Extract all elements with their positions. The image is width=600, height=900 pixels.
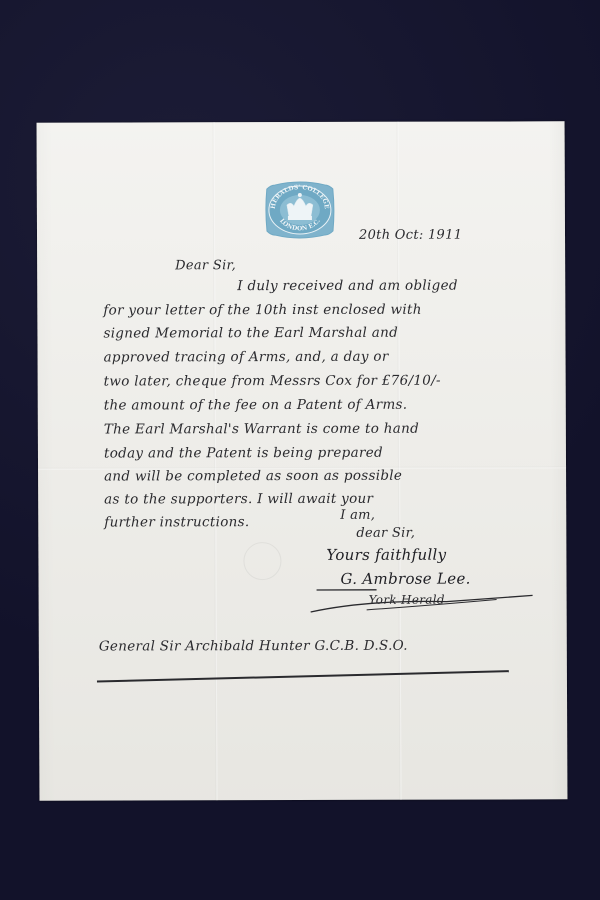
body-line: the amount of the fee on a Patent of Arm…	[104, 397, 408, 414]
body-line: The Earl Marshal's Warrant is come to ha…	[104, 421, 419, 438]
salutation: Dear Sir,	[175, 258, 236, 273]
closing-i-am: I am,	[340, 508, 375, 523]
body-line: as to the supporters. I will await your	[104, 491, 373, 508]
letter-date: 20th Oct: 1911	[359, 228, 462, 243]
body-line: further instructions.	[104, 514, 249, 530]
body-line: two later, cheque from Messrs Cox for £7…	[104, 373, 441, 390]
signature-flourish	[307, 579, 537, 620]
closing-yours-faithfully: Yours faithfully	[326, 546, 446, 564]
body-line: signed Memorial to the Earl Marshal and	[103, 325, 398, 342]
crown-icon: HERALDS' COLLEGE LONDON E.C.	[261, 179, 339, 241]
body-line: I duly received and am obliged	[237, 278, 458, 295]
heralds-college-seal: HERALDS' COLLEGE LONDON E.C.	[261, 179, 339, 241]
body-line: today and the Patent is being prepared	[104, 445, 383, 462]
addressee-underline	[97, 670, 509, 682]
fold-line-vertical	[397, 122, 402, 800]
body-line: for your letter of the 10th inst enclose…	[103, 302, 421, 319]
addressee: General Sir Archibald Hunter G.C.B. D.S.…	[99, 638, 408, 655]
body-line: approved tracing of Arms, and, a day or	[104, 349, 389, 366]
letter-sheet: HERALDS' COLLEGE LONDON E.C. 20th Oct: 1…	[37, 121, 568, 800]
embossed-watermark	[243, 542, 281, 580]
closing-dear-sir: dear Sir,	[356, 526, 415, 541]
body-line: and will be completed as soon as possibl…	[104, 468, 402, 485]
